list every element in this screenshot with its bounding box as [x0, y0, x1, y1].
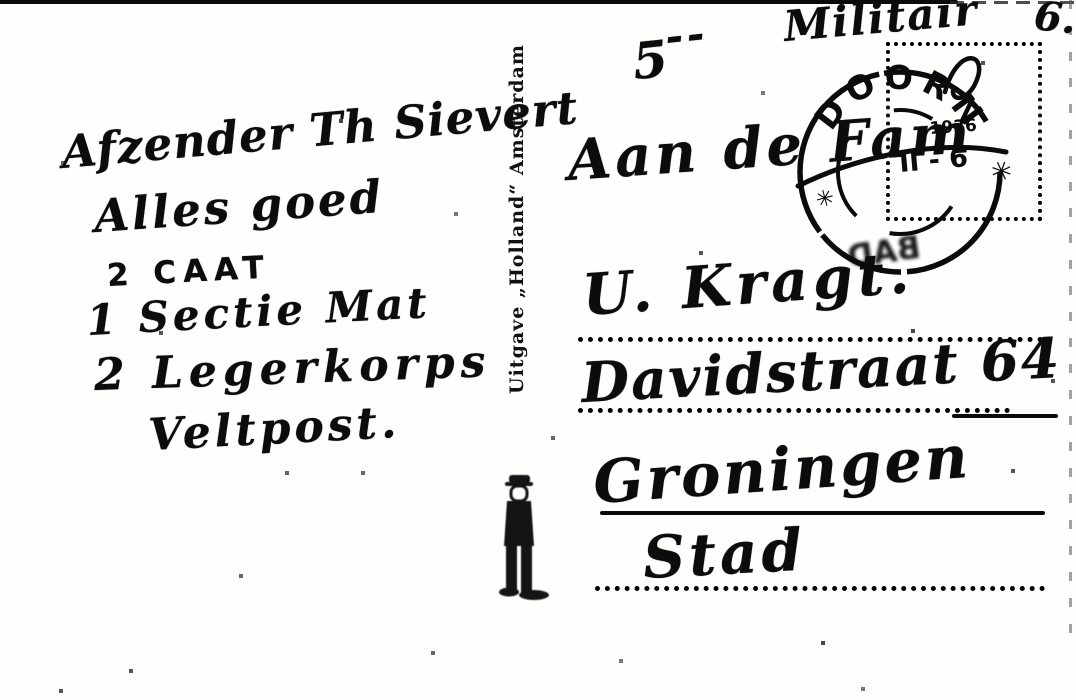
figure-shoe-left: [499, 588, 519, 597]
publisher-imprint: Uitgave „Holland“ Amsterdam: [506, 92, 538, 394]
man-figure-illustration: [492, 474, 554, 606]
address-rule-city: [600, 511, 1045, 515]
address-note-stad: Stad: [641, 516, 807, 592]
sender-line-alles-goed: Alles goed: [92, 170, 385, 243]
corner-number-annotation: 6.: [1032, 0, 1076, 43]
sender-line-legerkorps: 2 Legerkorps: [93, 336, 492, 401]
figure-hat: [509, 475, 530, 483]
scan-edge-right: [1069, 0, 1072, 640]
sender-line-veltpost: Veltpost.: [147, 397, 401, 461]
figure-shoe-right: [519, 590, 549, 600]
figure-torso: [504, 501, 534, 546]
sender-line-afzender: Afzender Th Sievert: [59, 81, 580, 179]
figure-leg-left: [506, 544, 517, 591]
pencil-dashes: --: [663, 8, 711, 61]
pencil-digit: 5: [630, 29, 671, 91]
postmark-star-left-icon: ✳: [813, 185, 837, 214]
postcard-back-scan: 5-- Militair 6. Afzender Th Sievert Alle…: [0, 0, 1076, 700]
address-rule-street-extension: [952, 414, 1058, 418]
address-name: U. Kragt.: [580, 239, 916, 329]
address-city: Groningen: [591, 422, 973, 517]
figure-head: [511, 486, 527, 501]
address-rule-street: [578, 408, 1010, 413]
address-rule-stad: [595, 586, 1045, 591]
pencil-price-mark: 5--: [630, 24, 713, 91]
postmark-star-right-icon: ✳: [986, 154, 1017, 190]
scan-noise-specks: [0, 0, 2, 2]
figure-leg-right: [521, 544, 532, 594]
